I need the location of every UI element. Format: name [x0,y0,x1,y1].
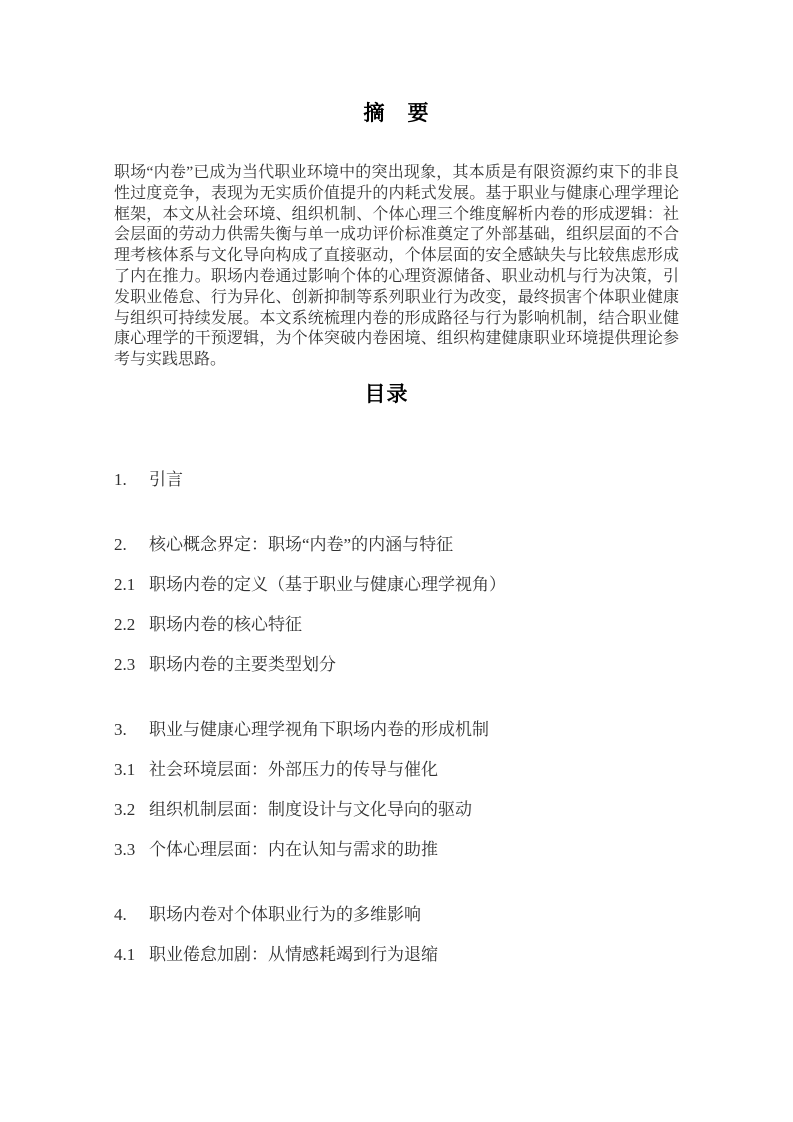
toc-item: 3. 职业与健康心理学视角下职场内卷的形成机制 [114,720,679,740]
toc-item-label: 职场内卷的主要类型划分 [149,655,679,675]
toc-item: 1. 引言 [114,470,679,490]
toc-group-3: 3. 职业与健康心理学视角下职场内卷的形成机制 3.1 社会环境层面：外部压力的… [114,720,679,860]
toc-item: 4.1 职业倦怠加剧：从情感耗竭到行为退缩 [114,945,679,965]
toc-item: 3.2 组织机制层面：制度设计与文化导向的驱动 [114,800,679,820]
toc-item-number: 2.3 [114,655,149,675]
toc-heading: 目录 [104,382,669,408]
toc-item: 2. 核心概念界定：职场“内卷”的内涵与特征 [114,535,679,555]
toc-item-label: 社会环境层面：外部压力的传导与催化 [149,760,679,780]
toc-group-4: 4. 职场内卷对个体职业行为的多维影响 4.1 职业倦怠加剧：从情感耗竭到行为退… [114,905,679,965]
toc-item-label: 职业倦怠加剧：从情感耗竭到行为退缩 [149,945,679,965]
toc-item-number: 3.1 [114,760,149,780]
toc-item-label: 职场内卷对个体职业行为的多维影响 [149,905,679,925]
toc-item-number: 2.2 [114,615,149,635]
toc-item: 3.3 个体心理层面：内在认知与需求的助推 [114,840,679,860]
toc-item-number: 4.1 [114,945,149,965]
toc-item-number: 3. [114,720,149,740]
toc-item-label: 职业与健康心理学视角下职场内卷的形成机制 [149,720,679,740]
toc-item: 2.2 职场内卷的核心特征 [114,615,679,635]
toc-item-number: 2.1 [114,575,149,595]
toc-item-number: 3.3 [114,840,149,860]
toc-item-number: 1. [114,470,149,490]
toc-list: 1. 引言 2. 核心概念界定：职场“内卷”的内涵与特征 2.1 职场内卷的定义… [114,470,679,965]
toc-item-number: 3.2 [114,800,149,820]
toc-item: 3.1 社会环境层面：外部压力的传导与催化 [114,760,679,780]
toc-item-label: 核心概念界定：职场“内卷”的内涵与特征 [149,535,679,555]
toc-group-1: 1. 引言 [114,470,679,490]
toc-item: 2.1 职场内卷的定义（基于职业与健康心理学视角） [114,575,679,595]
toc-item-label: 引言 [149,470,679,490]
toc-item: 4. 职场内卷对个体职业行为的多维影响 [114,905,679,925]
abstract-heading: 摘 要 [114,101,679,127]
toc-item-label: 职场内卷的核心特征 [149,615,679,635]
document-page: 摘 要 职场“内卷”已成为当代职业环境中的突出现象，其本质是有限资源约束下的非良… [0,0,793,1122]
toc-item: 2.3 职场内卷的主要类型划分 [114,655,679,675]
toc-item-label: 个体心理层面：内在认知与需求的助推 [149,840,679,860]
toc-item-number: 2. [114,535,149,555]
toc-item-label: 职场内卷的定义（基于职业与健康心理学视角） [149,575,679,595]
toc-item-number: 4. [114,905,149,925]
toc-item-label: 组织机制层面：制度设计与文化导向的驱动 [149,800,679,820]
abstract-text: 职场“内卷”已成为当代职业环境中的突出现象，其本质是有限资源约束下的非良性过度竞… [114,163,679,371]
toc-group-2: 2. 核心概念界定：职场“内卷”的内涵与特征 2.1 职场内卷的定义（基于职业与… [114,535,679,675]
